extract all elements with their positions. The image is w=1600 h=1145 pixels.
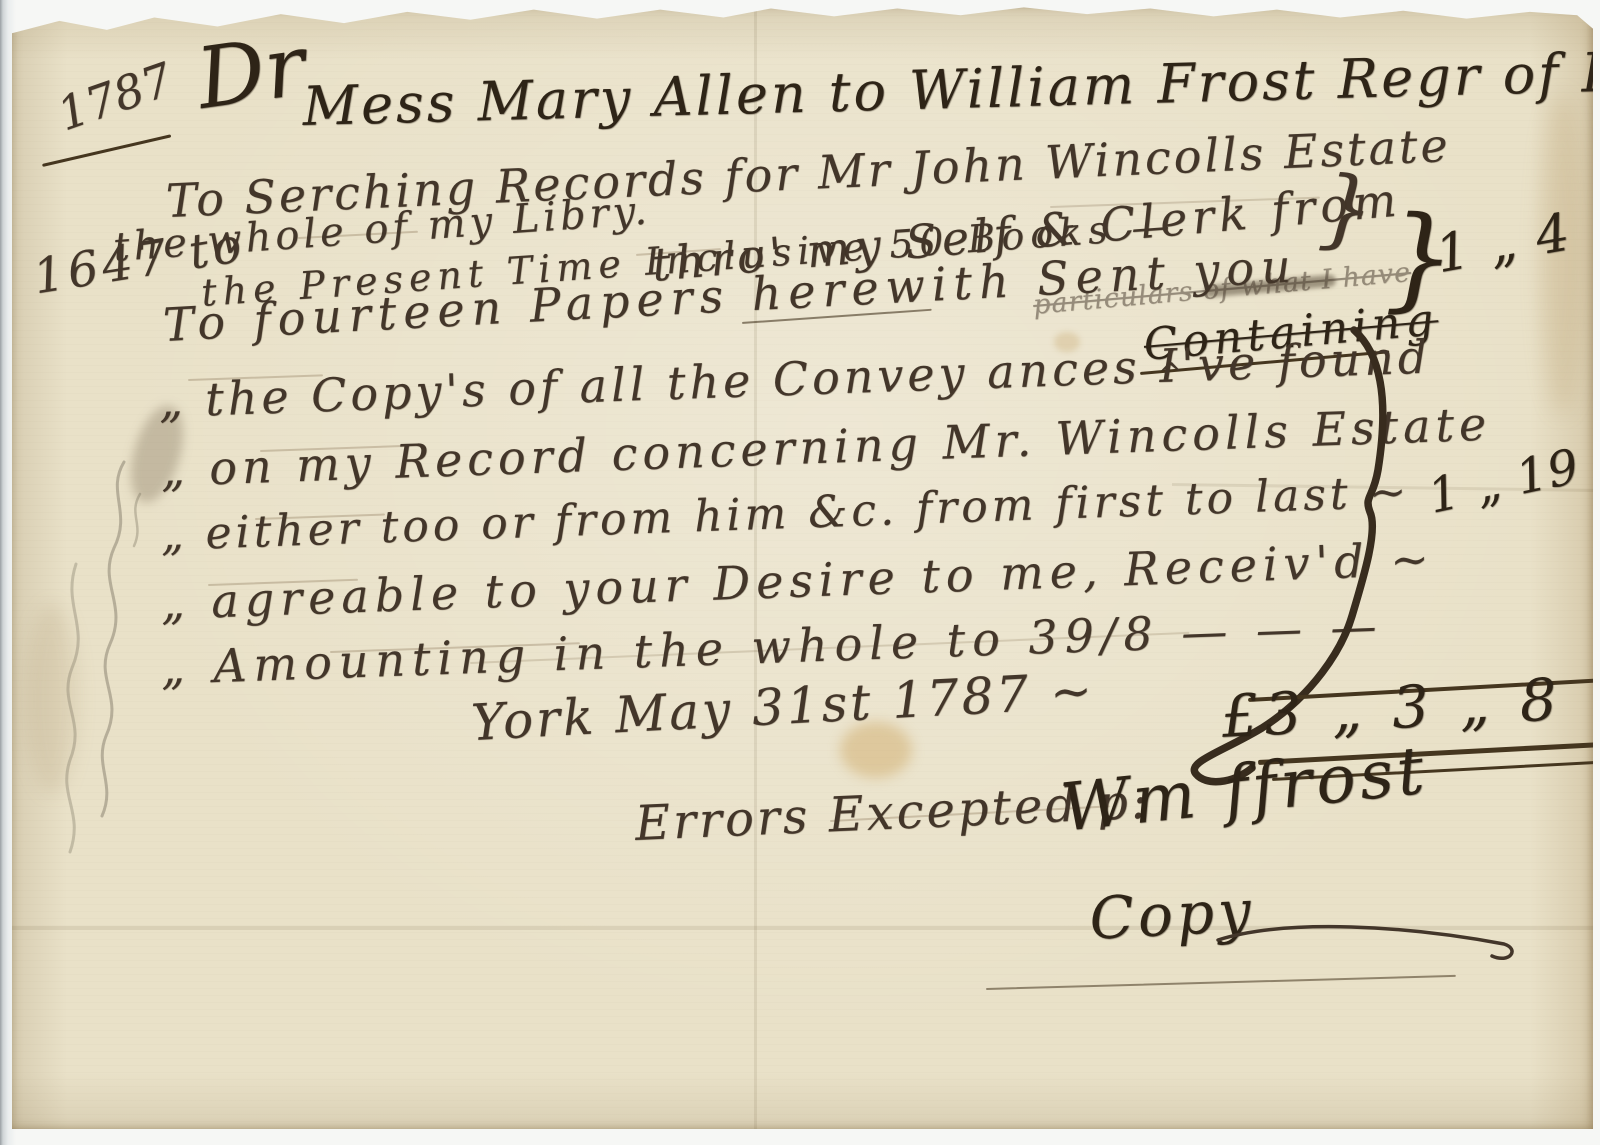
scanned-document: 1787 Dr Mess Mary Allen to William Frost… bbox=[0, 0, 1600, 1145]
paper-sheet: 1787 Dr Mess Mary Allen to William Frost… bbox=[12, 4, 1593, 1129]
year-underline bbox=[42, 134, 171, 167]
copy-flourish bbox=[1208, 906, 1528, 976]
year-notation: 1787 bbox=[52, 56, 178, 138]
signature: Wm ffrost bbox=[1058, 738, 1431, 842]
copy-rule bbox=[986, 975, 1456, 990]
debit-abbreviation: Dr bbox=[192, 23, 310, 121]
pencil-docket-scribble bbox=[32, 454, 182, 874]
